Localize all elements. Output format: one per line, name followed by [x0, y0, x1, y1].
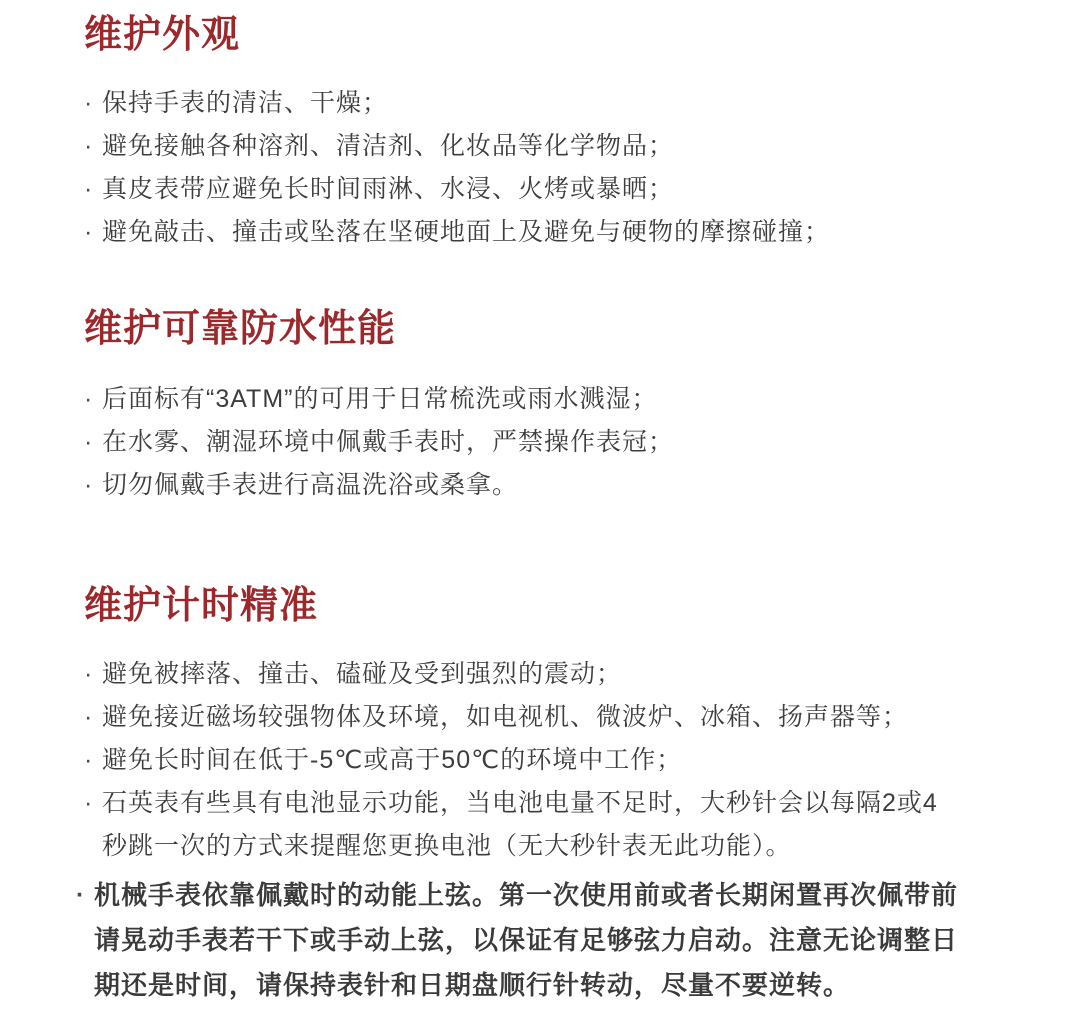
list-item-text: 石英表有些具有电池显示功能，当电池电量不足时，大秒针会以每隔2或4 — [102, 782, 1040, 825]
list-item-text: 避免敲击、撞击或坠落在坚硬地面上及避免与硬物的摩擦碰撞； — [102, 211, 1040, 254]
bullet-icon: · — [84, 82, 93, 125]
section-waterproof: 维护可靠防水性能 · 后面标有“3ATM”的可用于日常梳洗或雨水溅湿； · 在水… — [84, 306, 1040, 507]
list-item-text: 机械手表依靠佩戴时的动能上弦。第一次使用前或者长期闲置再次佩带前 — [94, 873, 1040, 918]
waterproof-list: · 后面标有“3ATM”的可用于日常梳洗或雨水溅湿； · 在水雾、潮湿环境中佩戴… — [84, 378, 1040, 507]
section-title-appearance: 维护外观 — [84, 12, 1040, 58]
list-item: · 在水雾、潮湿环境中佩戴手表时，严禁操作表冠； — [84, 421, 1040, 464]
list-item: · 保持手表的清洁、干燥； — [84, 82, 1040, 125]
list-item: · 避免接近磁场较强物体及环境，如电视机、微波炉、冰箱、扬声器等； — [84, 696, 1040, 739]
list-item-emphasis: · 机械手表依靠佩戴时的动能上弦。第一次使用前或者长期闲置再次佩带前 请晃动手表… — [76, 873, 1040, 1008]
section-title-waterproof: 维护可靠防水性能 — [84, 306, 1040, 352]
list-item-text: 切勿佩戴手表进行高温洗浴或桑拿。 — [102, 464, 1040, 507]
list-item: · 避免敲击、撞击或坠落在坚硬地面上及避免与硬物的摩擦碰撞； — [84, 211, 1040, 254]
list-item: · 后面标有“3ATM”的可用于日常梳洗或雨水溅湿； — [84, 378, 1040, 421]
section-title-accuracy: 维护计时精准 — [84, 583, 1040, 629]
list-item: · 切勿佩戴手表进行高温洗浴或桑拿。 — [84, 464, 1040, 507]
accuracy-list: · 避免被摔落、撞击、磕碰及受到强烈的震动； · 避免接近磁场较强物体及环境，如… — [84, 653, 1040, 1008]
list-item-text: 避免接近磁场较强物体及环境，如电视机、微波炉、冰箱、扬声器等； — [102, 696, 1040, 739]
section-accuracy: 维护计时精准 · 避免被摔落、撞击、磕碰及受到强烈的震动； · 避免接近磁场较强… — [84, 583, 1040, 1008]
bullet-icon: · — [84, 421, 93, 464]
bullet-icon: · — [84, 211, 93, 254]
list-item-text: 期还是时间，请保持表针和日期盘顺行针转动，尽量不要逆转。 — [94, 963, 1040, 1008]
bullet-icon: · — [84, 464, 93, 507]
list-item-text: 后面标有“3ATM”的可用于日常梳洗或雨水溅湿； — [102, 378, 1040, 421]
bullet-icon: · — [84, 653, 93, 696]
list-item-text: 在水雾、潮湿环境中佩戴手表时，严禁操作表冠； — [102, 421, 1040, 464]
list-item-text: 避免长时间在低于-5℃或高于50℃的环境中工作； — [102, 739, 1040, 782]
list-item-text: 秒跳一次的方式来提醒您更换电池（无大秒针表无此功能）。 — [102, 825, 1040, 868]
list-item: · 石英表有些具有电池显示功能，当电池电量不足时，大秒针会以每隔2或4 秒跳一次… — [84, 782, 1040, 868]
watch-care-document: 维护外观 · 保持手表的清洁、干燥； · 避免接触各种溶剂、清洁剂、化妆品等化学… — [0, 0, 1080, 1008]
bullet-icon: · — [84, 782, 93, 825]
bullet-icon: · — [84, 125, 93, 168]
list-item-text: 避免被摔落、撞击、磕碰及受到强烈的震动； — [102, 653, 1040, 696]
bullet-icon: · — [84, 168, 93, 211]
list-item: · 避免长时间在低于-5℃或高于50℃的环境中工作； — [84, 739, 1040, 782]
bullet-icon: · — [84, 696, 93, 739]
list-item-text: 保持手表的清洁、干燥； — [102, 82, 1040, 125]
list-item: · 避免接触各种溶剂、清洁剂、化妆品等化学物品； — [84, 125, 1040, 168]
section-appearance: 维护外观 · 保持手表的清洁、干燥； · 避免接触各种溶剂、清洁剂、化妆品等化学… — [84, 12, 1040, 254]
appearance-list: · 保持手表的清洁、干燥； · 避免接触各种溶剂、清洁剂、化妆品等化学物品； ·… — [84, 82, 1040, 254]
bullet-icon: · — [76, 873, 85, 918]
list-item: · 真皮表带应避免长时间雨淋、水浸、火烤或暴晒； — [84, 168, 1040, 211]
list-item: · 避免被摔落、撞击、磕碰及受到强烈的震动； — [84, 653, 1040, 696]
list-item-text: 请晃动手表若干下或手动上弦，以保证有足够弦力启动。注意无论调整日 — [94, 918, 1040, 963]
list-item-text: 避免接触各种溶剂、清洁剂、化妆品等化学物品； — [102, 125, 1040, 168]
bullet-icon: · — [84, 378, 93, 421]
bullet-icon: · — [84, 739, 93, 782]
list-item-text: 真皮表带应避免长时间雨淋、水浸、火烤或暴晒； — [102, 168, 1040, 211]
